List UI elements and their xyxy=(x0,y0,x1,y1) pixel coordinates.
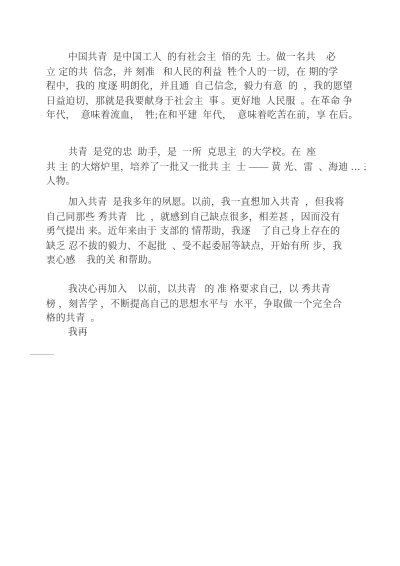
text-line: 榜 ，刻苦学 ，不断提高自己的思想水平与 水平，争取做一个完全合 xyxy=(46,298,366,313)
text-line: 格的共青 。 xyxy=(46,312,366,327)
paragraph-2: 共青 是党的忠 助手，是 一所 克思主 的大学校。在 座 共 主 的大熔炉里，培… xyxy=(46,146,366,190)
text-line: 中国共青 是中国工人 的有社会主 悟的先 士。做一名共 必 xyxy=(46,51,366,66)
text-line: 勇气提出 来。近年来由于 支部的 情帮助，我逐 了自己身上存在的 xyxy=(46,225,366,240)
separator-line xyxy=(30,354,54,355)
text-line: 加入共青 是我多年的夙愿。以前，我一直想加入共青 ，但我将 xyxy=(46,196,366,211)
text-line: 立 定的共 信念，并 刻准 和人民的利益 牲个人的一切，在 期的学 xyxy=(46,66,366,81)
text-line: 日益迫切，那就是我要献身于社会主 事 。更好地 人民服 。在革命 争 xyxy=(46,95,366,110)
text-line: 程中，我的 度逐 明朗化，并且通 自己信念，毅力有意 的 ，我的愿望 xyxy=(46,80,366,95)
text-line: 缺乏 忍不拔的毅力、不起批 、受不起委屈等缺点，开始有所 步，我 xyxy=(46,240,366,255)
text-line: 自己同那些 秀共青 比 ，就感到自己缺点很多，相差甚 ，因而没有 xyxy=(46,211,366,226)
document-page: 中国共青 是中国工人 的有社会主 悟的先 士。做一名共 必 立 定的共 信念，并… xyxy=(0,0,400,566)
closing-line: 我再 xyxy=(46,326,366,341)
text-line: 我决心再加入 以前，以共青 的 准 格要求自己，以 秀共青 xyxy=(46,283,366,298)
text-line: 共青 是党的忠 助手，是 一所 克思主 的大学校。在 座 xyxy=(46,146,366,161)
paragraph-3: 加入共青 是我多年的夙愿。以前，我一直想加入共青 ，但我将 自己同那些 秀共青 … xyxy=(46,196,366,269)
text-line: 衷心感 我的关 和帮助。 xyxy=(46,254,366,269)
paragraph-1: 中国共青 是中国工人 的有社会主 悟的先 士。做一名共 必 立 定的共 信念，并… xyxy=(46,51,366,124)
closing-line-block: 我再 xyxy=(46,326,366,341)
text-line: 共 主 的大熔炉里，培养了一批又一批共 主 士 —— 黄 光、雷 、海迪 … 式… xyxy=(46,161,366,176)
text-line: 年代， 意味着流血， 牲;在和平建 年代， 意味着吃苦在前，享 在后。 xyxy=(46,109,366,124)
text-line: 人物。 xyxy=(46,175,366,190)
paragraph-4: 我决心再加入 以前，以共青 的 准 格要求自己，以 秀共青 榜 ，刻苦学 ，不断… xyxy=(46,283,366,327)
